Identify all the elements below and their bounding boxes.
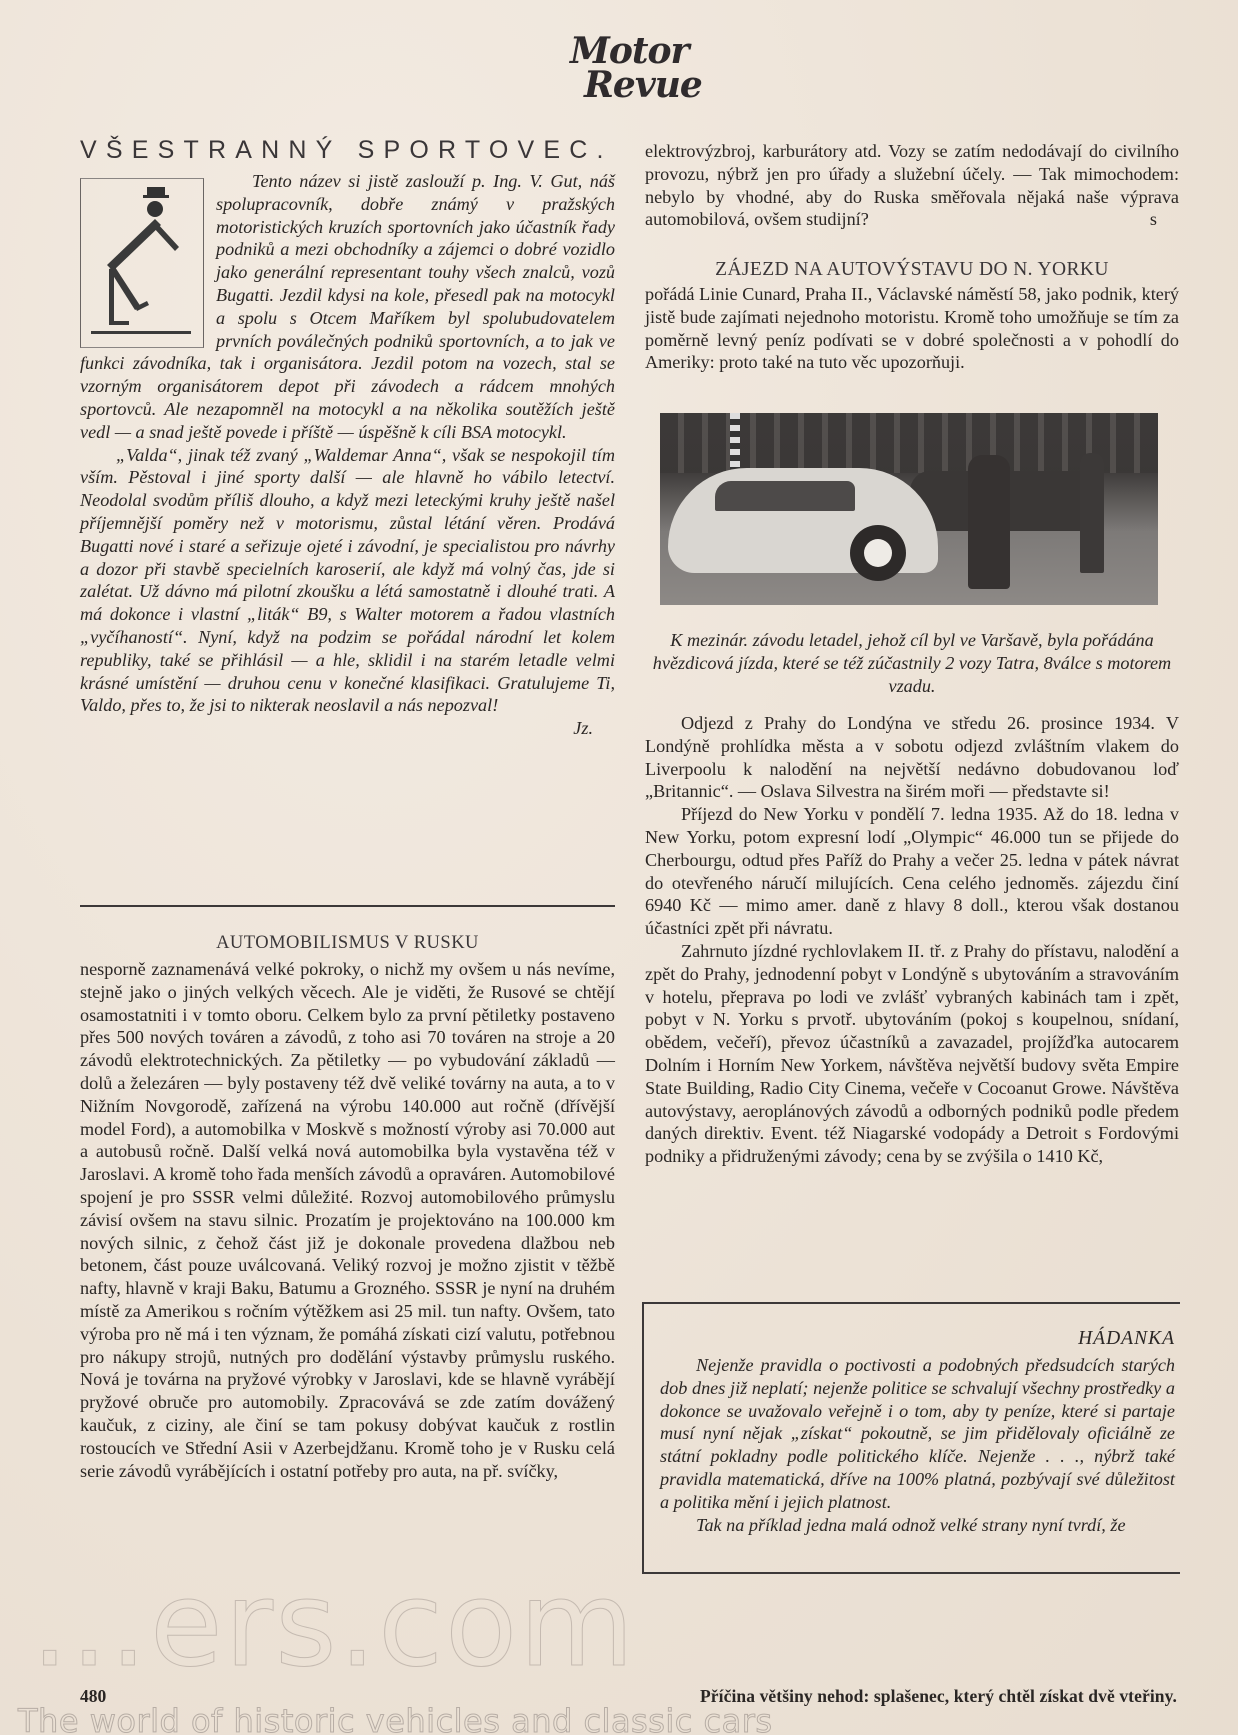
article-continuation-rusko: elektrovýzbroj, karburátory atd. Vozy se… (645, 140, 1179, 231)
author-signature: s (1150, 208, 1179, 231)
article-body-sportovec: Tento název si jistě zaslouží p. Ing. V.… (80, 170, 615, 740)
photo-caption: K mezinár. závodu letadel, jehož cíl byl… (645, 629, 1179, 697)
paragraph: nesporně zaznamenává velké pokroky, o ni… (80, 958, 615, 1482)
article-body-rusko: nesporně zaznamenává velké pokroky, o ni… (80, 958, 615, 1482)
hadanka-title: HÁDANKA (660, 1328, 1175, 1350)
article-intro-newyork: pořádá Linie Cunard, Praha II., Václavsk… (645, 283, 1179, 374)
masthead-line1: Motor (570, 34, 700, 68)
paragraph: Zahrnuto jízdné rychlovlakem II. tř. z P… (645, 940, 1179, 1168)
paragraph: Tak na příklad jedna malá odnož velké st… (660, 1514, 1175, 1537)
masthead-line2: Revue (584, 68, 700, 102)
paragraph: Nejenže pravidla o poctivosti a podobnýc… (660, 1354, 1175, 1514)
watermark-site: …ers.com (30, 1555, 636, 1693)
article-title-sportovec: VŠESTRANNÝ SPORTOVEC. (80, 136, 620, 165)
article-title-rusko: AUTOMOBILISMUS V RUSKU (80, 933, 615, 954)
paragraph: Příjezd do New Yorku v pondělí 7. ledna … (645, 803, 1179, 940)
masthead-logo: Motor Revue (570, 34, 700, 112)
hadanka-body: Nejenže pravidla o poctivosti a podobnýc… (660, 1354, 1175, 1536)
paragraph: elektrovýzbroj, karburátory atd. Vozy se… (645, 141, 1179, 229)
author-signature: Jz. (573, 717, 615, 740)
paragraph: „Valda“, jinak též zvaný „Waldemar Anna“… (80, 444, 615, 718)
watermark-tagline: The world of historic vehicles and class… (18, 1702, 773, 1735)
tatra-rally-photo (660, 413, 1158, 605)
article-body-newyork: Odjezd z Prahy do Londýna ve středu 26. … (645, 712, 1179, 1168)
paragraph: Odjezd z Prahy do Londýna ve středu 26. … (645, 712, 1179, 803)
section-divider (80, 905, 615, 907)
article-title-newyork: ZÁJEZD NA AUTOVÝSTAVU DO N. YORKU (645, 259, 1179, 281)
paragraph: pořádá Linie Cunard, Praha II., Václavsk… (645, 283, 1179, 374)
